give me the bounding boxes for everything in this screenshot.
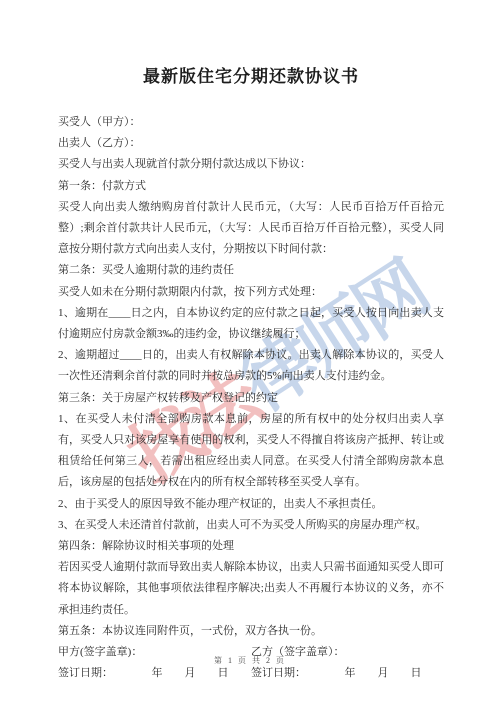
clause-3-heading: 第三条：关于房屋产权转移及产权登记的约定 xyxy=(58,388,444,409)
clause-5-heading: 第五条：本协议连同附件页，一式份，双方各执一份。 xyxy=(58,621,444,642)
clause-2-intro: 买受人如未在分期付款期限内付款，按下列方式处理： xyxy=(58,282,444,303)
clause-4-body: 若因买受人逾期付款而导致出卖人解除本协议，出卖人只需书面通知买受人即可将本协议解… xyxy=(58,557,444,621)
clause-3-item-2: 2、由于买受人的原因导致不能办理产权证的，出卖人不承担责任。 xyxy=(58,494,444,515)
document-body: 买受人（甲方）： 出卖人（乙方）： 买受人与出卖人现就首付款分期付款达成以下协议… xyxy=(58,112,444,684)
page-indicator: 第 1 页 共 2 页 xyxy=(214,656,286,665)
party-a-date-label: 签订日期： 年 月 日 xyxy=(58,663,251,684)
clause-1-body: 买受人向出卖人缴纳购房首付款计人民币元，（大写：人民币百拾万仟百拾元整）;剩余首… xyxy=(58,197,444,261)
document-title: 最新版住宅分期还款协议书 xyxy=(58,62,444,87)
document-page: 找法律师网 最新版住宅分期还款协议书 买受人（甲方）： 出卖人（乙方）： 买受人… xyxy=(0,0,500,706)
party-b-date-label: 签订日期： 年 月 日 xyxy=(251,663,444,684)
party-a-line: 买受人（甲方）： xyxy=(58,112,444,133)
clause-4-heading: 第四条：解除协议时相关事项的处理 xyxy=(58,536,444,557)
party-b-line: 出卖人（乙方）： xyxy=(58,133,444,154)
clause-3-item-1: 1、在买受人未付清全部购房款本息前，房屋的所有权中的处分权归出卖人享有，买受人只… xyxy=(58,409,444,494)
document-content: 最新版住宅分期还款协议书 买受人（甲方）： 出卖人（乙方）： 买受人与出卖人现就… xyxy=(58,0,444,684)
page-number-footer: 第 1 页 共 2 页 xyxy=(0,655,500,666)
clause-2-item-1: 1、逾期在____日之内，自本协议约定的应付款之日起，买受人按日向出卖人支付逾期… xyxy=(58,303,444,345)
clause-1-heading: 第一条：付款方式 xyxy=(58,176,444,197)
signing-date-row: 签订日期： 年 月 日 签订日期： 年 月 日 xyxy=(58,663,444,684)
clause-2-heading: 第二条：买受人逾期付款的违约责任 xyxy=(58,260,444,281)
clause-2-item-2: 2、逾期超过____日的，出卖人有权解除本协议。出卖人解除本协议的，买受人一次性… xyxy=(58,345,444,387)
preamble-line: 买受人与出卖人现就首付款分期付款达成以下协议： xyxy=(58,154,444,175)
clause-3-item-3: 3、在买受人未还清首付款前，出卖人可不为买受人所购买的房屋办理产权。 xyxy=(58,515,444,536)
